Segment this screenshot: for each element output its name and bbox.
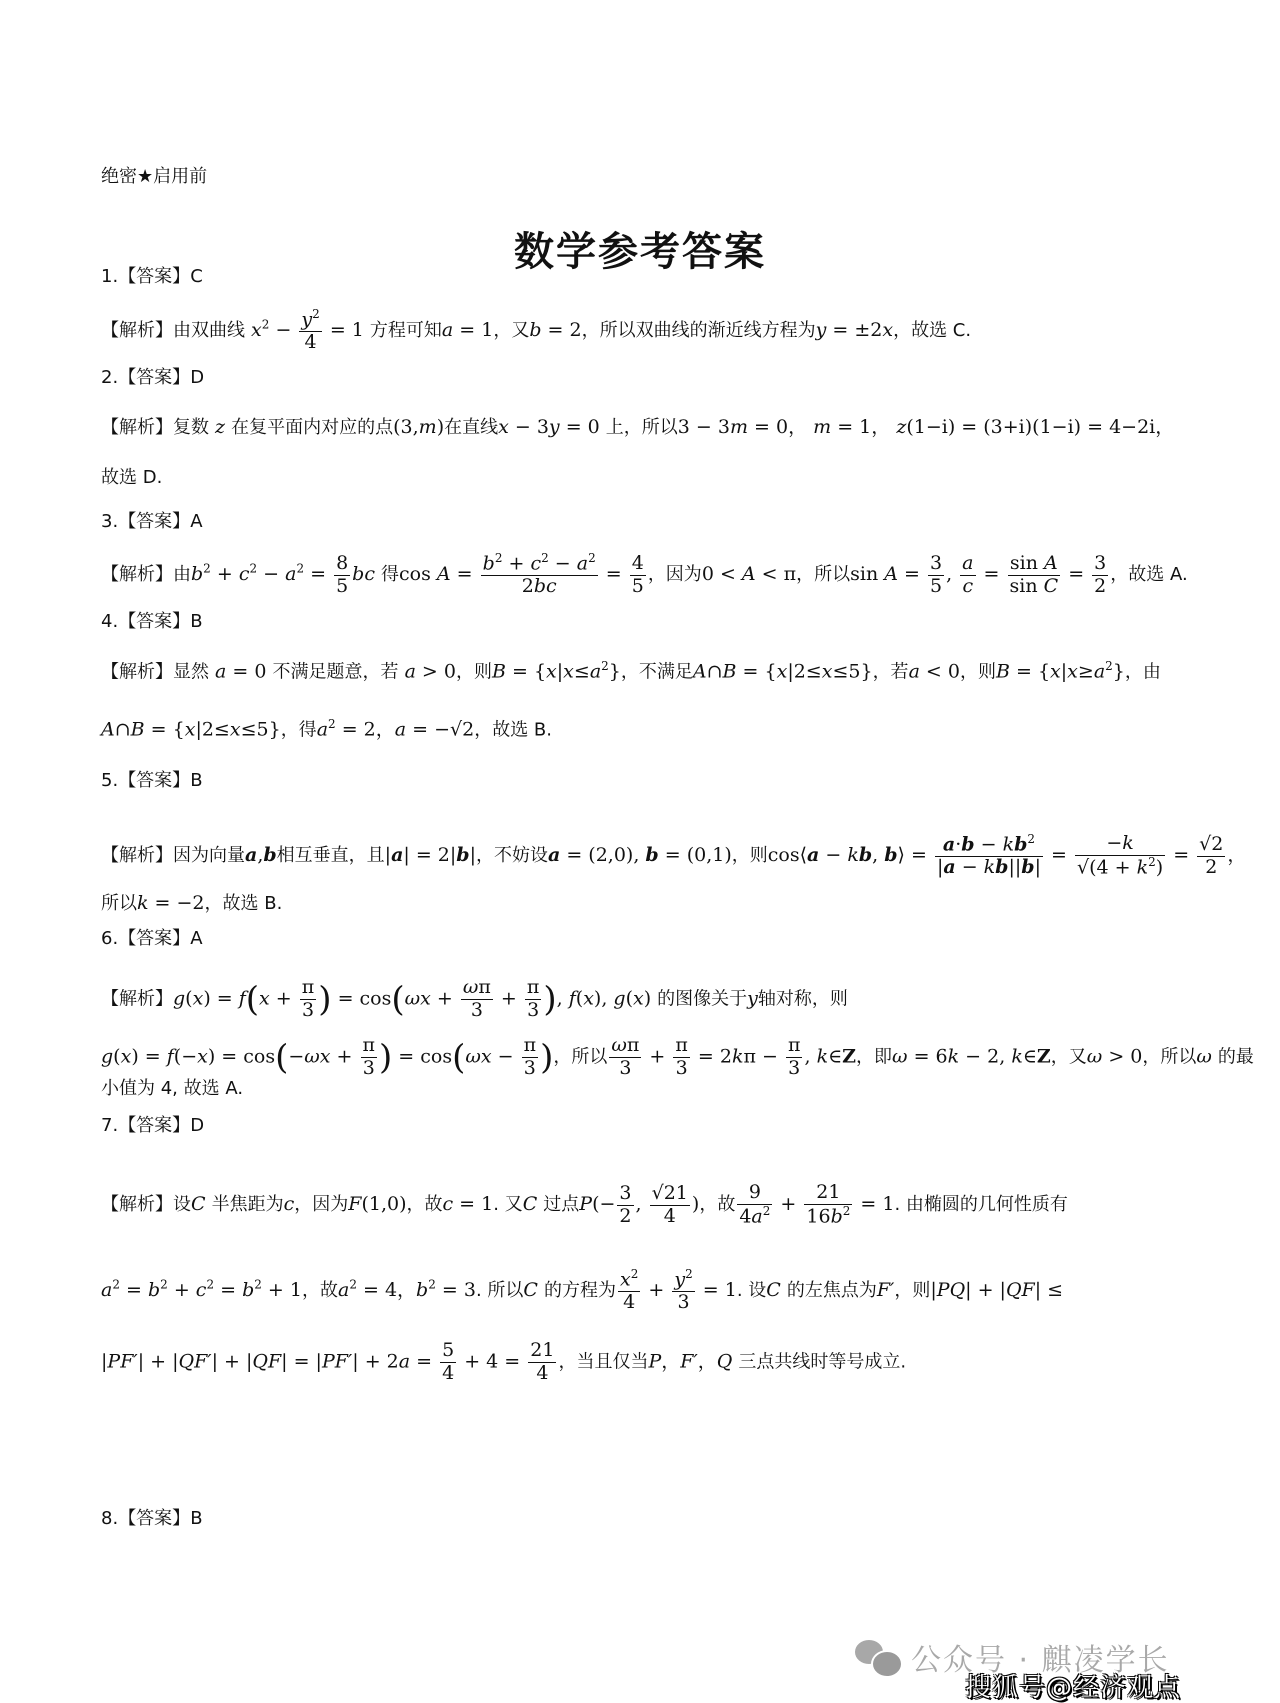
q5-answer: B <box>190 770 202 791</box>
wechat-icon <box>855 1638 901 1676</box>
sohu-watermark: 搜狐号@经济观点 <box>965 1667 1181 1703</box>
q4-answer: B <box>190 611 202 632</box>
q6-analysis-line-1: 【解析】g(x) = f(x + π3) = cos(ωx + ωπ3 + π3… <box>101 977 848 1022</box>
q7-analysis-line-2: a2 = b2 + c2 = b2 + 1，故a2 = 4，b2 = 3. 所以… <box>101 1268 1063 1314</box>
q1-analysis: 【解析】由双曲线 x2 − y24 = 1 方程可知a = 1，又b = 2，所… <box>101 308 971 354</box>
q3-answer: A <box>190 511 202 532</box>
q8-answer: B <box>190 1508 202 1529</box>
q2-analysis-line-2: 故选 D. <box>101 469 162 487</box>
q2-analysis-line-1: 【解析】复数 z 在复平面内对应的点(3,m)在直线x − 3y = 0 上，所… <box>101 418 1174 437</box>
q2-answer: D <box>190 367 204 388</box>
q1-answer-line: 1.【答案】C <box>101 268 203 286</box>
q1-answer: C <box>190 266 203 287</box>
q5-answer-line: 5.【答案】B <box>101 772 203 790</box>
q3-answer-line: 3.【答案】A <box>101 513 203 531</box>
q4-answer-line: 4.【答案】B <box>101 613 203 631</box>
q8-answer-line: 8.【答案】B <box>101 1510 203 1528</box>
q2-answer-line: 2.【答案】D <box>101 369 204 387</box>
q4-analysis-line-2: A∩B = {x|2≤x≤5}，得a2 = 2，a = −√2，故选 B. <box>101 718 552 739</box>
q7-answer-line: 7.【答案】D <box>101 1117 204 1135</box>
q6-analysis-line-3: 小值为 4, 故选 A. <box>101 1080 243 1098</box>
q6-answer: A <box>190 928 202 949</box>
q6-analysis-line-2: g(x) = f(−x) = cos(−ωx + π3) = cos(ωx − … <box>101 1035 1254 1080</box>
q5-analysis-line-1: 【解析】因为向量a,b相互垂直，且|a| = 2|b|，不妨设a = (2,0)… <box>101 833 1246 879</box>
q5-analysis-line-2: 所以k = −2，故选 B. <box>101 894 282 913</box>
q6-answer-line: 6.【答案】A <box>101 930 203 948</box>
q7-analysis-line-1: 【解析】设C 半焦距为c，因为F(1,0)，故c = 1. 又C 过点P(−32… <box>101 1182 1068 1228</box>
q3-analysis: 【解析】由b2 + c2 − a2 = 85bc 得cos A = b2 + c… <box>101 552 1188 598</box>
q7-answer: D <box>190 1115 204 1136</box>
answer-document-page: 绝密★启用前 数学参考答案 1.【答案】C 【解析】由双曲线 x2 − y24 … <box>0 0 1280 1703</box>
confidential-label: 绝密★启用前 <box>101 168 207 186</box>
q4-analysis-line-1: 【解析】显然 a = 0 不满足题意，若 a > 0，则B = {x|x≤a2}… <box>101 660 1161 681</box>
q7-analysis-line-3: |PF′| + |QF′| + |QF| = |PF′| + 2a = 54 +… <box>101 1340 906 1385</box>
